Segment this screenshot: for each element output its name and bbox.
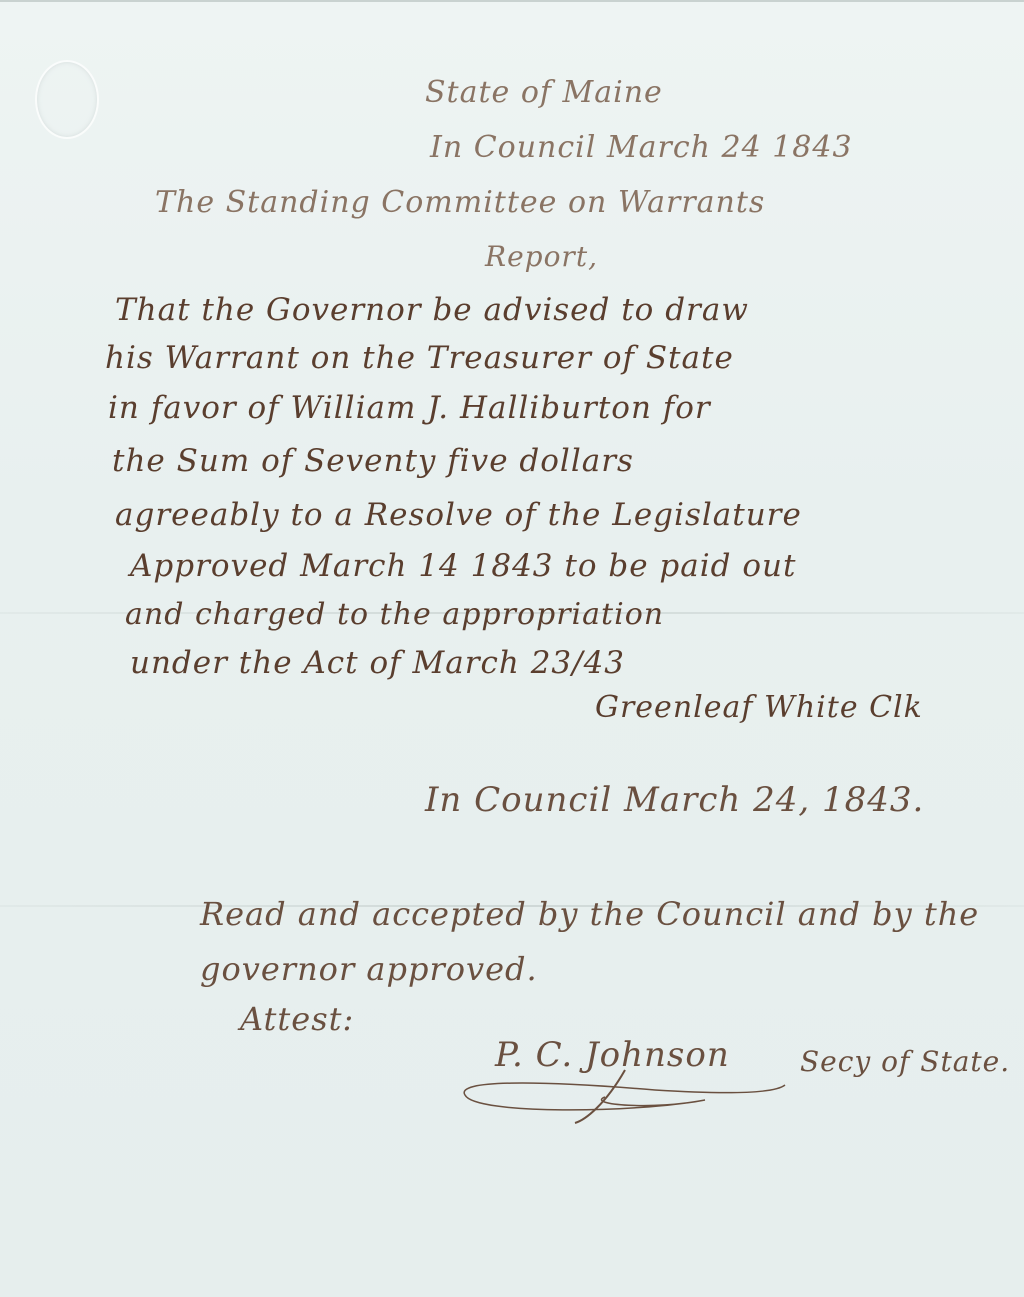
clerk-signature: Greenleaf White Clk [595, 690, 923, 725]
embossed-seal-icon [35, 60, 99, 139]
report-heading: Report, [485, 240, 598, 273]
signature-flourish-icon [455, 1065, 795, 1125]
council-dateline: In Council March 24, 1843. [425, 780, 924, 820]
acceptance-line: governor approved. [200, 950, 538, 988]
header-dateline: In Council March 24 1843 [430, 130, 853, 165]
document-page: State of Maine In Council March 24 1843 … [0, 0, 1024, 1297]
body-line: Approved March 14 1843 to be paid out [130, 548, 796, 584]
acceptance-line: Read and accepted by the Council and by … [200, 895, 979, 933]
attest-label: Attest: [240, 1000, 354, 1038]
body-line: in favor of William J. Halliburton for [108, 390, 711, 426]
body-line: under the Act of March 23/43 [130, 645, 625, 681]
body-line: That the Governor be advised to draw [115, 292, 749, 328]
committee-line: The Standing Committee on Warrants [155, 185, 765, 220]
state-heading: State of Maine [425, 75, 663, 110]
secretary-title: Secy of State. [800, 1045, 1010, 1078]
body-line: the Sum of Seventy five dollars [112, 443, 634, 479]
body-line: agreeably to a Resolve of the Legislatur… [115, 497, 802, 533]
body-line: and charged to the appropriation [125, 597, 664, 632]
body-line: his Warrant on the Treasurer of State [105, 340, 734, 376]
